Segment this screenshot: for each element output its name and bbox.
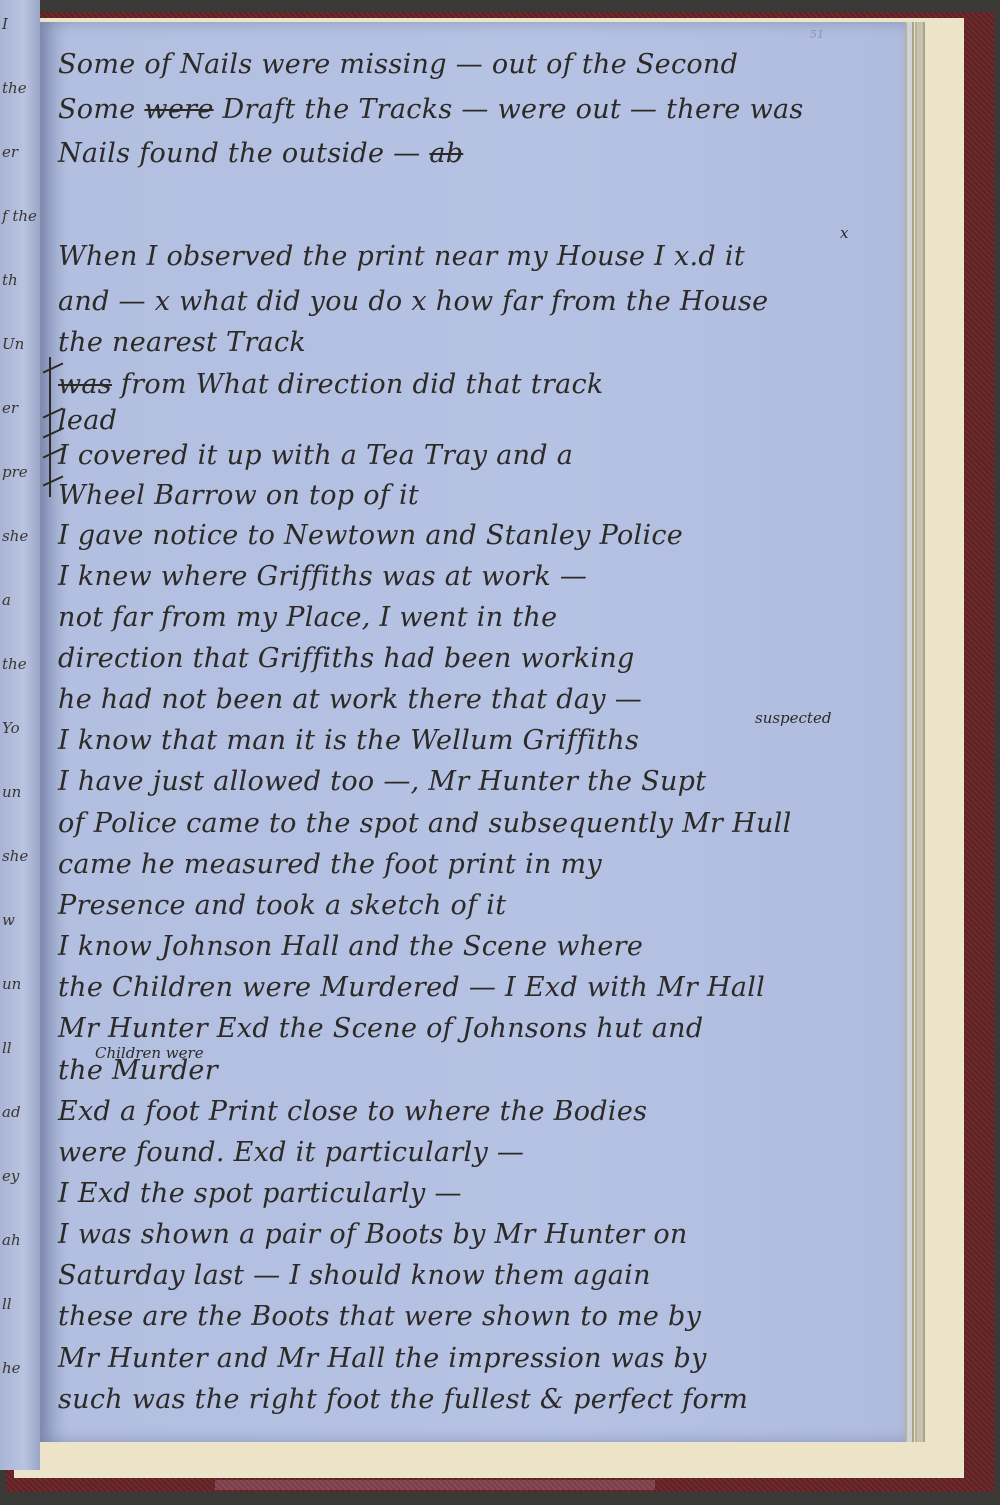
handwritten-line: I knew where Griffiths was at work — xyxy=(58,561,587,592)
line-text: these are the Boots that were shown to m… xyxy=(58,1301,701,1332)
line-text: Some xyxy=(58,94,144,125)
interlinear-insertion: suspected xyxy=(755,709,831,727)
line-text: I know Johnson Hall and the Scene where xyxy=(58,931,643,962)
left-page-fragment: she xyxy=(2,527,28,545)
line-text: such was the right foot the fullest & pe… xyxy=(58,1384,748,1415)
line-text: I was shown a pair of Boots by Mr Hunter… xyxy=(58,1219,688,1250)
line-text: I Exd the spot particularly — xyxy=(58,1178,462,1209)
line-text: came he measured the foot print in my xyxy=(58,849,602,880)
handwritten-line: Mr Hunter and Mr Hall the impression was… xyxy=(58,1343,707,1374)
left-page-fragment: Un xyxy=(2,335,24,353)
line-text: I knew where Griffiths was at work — xyxy=(58,561,587,592)
left-page-fragment: f the xyxy=(2,207,37,225)
line-text: were found. Exd it particularly — xyxy=(58,1137,524,1168)
line-text: When I observed the print near my House … xyxy=(58,241,745,272)
line-text: not far from my Place, I went in the xyxy=(58,602,557,633)
cover-bottom-band xyxy=(215,1480,655,1490)
line-text: I know that man it is the Wellum Griffit… xyxy=(58,725,639,756)
handwritten-line: I covered it up with a Tea Tray and a xyxy=(58,440,573,471)
left-page-fragment: er xyxy=(2,143,18,161)
left-page-fragment: ey xyxy=(2,1167,19,1185)
line-text: Presence and took a sketch of it xyxy=(58,890,506,921)
left-page-fragment: ll xyxy=(2,1039,12,1057)
line-text: I gave notice to Newtown and Stanley Pol… xyxy=(58,520,683,551)
handwritten-line: I know that man it is the Wellum Griffit… xyxy=(58,725,639,756)
line-text: from What direction did that track xyxy=(112,369,604,400)
left-page-fragment: th xyxy=(2,271,18,289)
left-page-edge: Itheerf thethUnerpresheatheYounshewunlla… xyxy=(0,0,40,1470)
interlinear-insertion: x xyxy=(840,224,848,242)
struck-text: ab xyxy=(429,138,463,169)
line-text: I have just allowed too —, Mr Hunter the… xyxy=(58,766,706,797)
left-page-fragment: un xyxy=(2,783,21,801)
line-text: Exd a foot Print close to where the Bodi… xyxy=(58,1096,647,1127)
handwritten-line: Mr Hunter Exd the Scene of Johnsons hut … xyxy=(58,1013,703,1044)
left-page-fragment: ah xyxy=(2,1231,21,1249)
page-stack-edge xyxy=(915,22,925,1442)
handwritten-line: I gave notice to Newtown and Stanley Pol… xyxy=(58,520,683,551)
handwritten-line: Nails found the outside — ab xyxy=(58,138,463,169)
handwritten-line: were found. Exd it particularly — xyxy=(58,1137,524,1168)
handwritten-line: Saturday last — I should know them again xyxy=(58,1260,651,1291)
line-text: Some of Nails were missing — out of the … xyxy=(58,49,738,80)
handwritten-line: Some of Nails were missing — out of the … xyxy=(58,49,738,80)
line-text: Mr Hunter and Mr Hall the impression was… xyxy=(58,1343,707,1374)
handwritten-line: such was the right foot the fullest & pe… xyxy=(58,1384,748,1415)
line-text: direction that Griffiths had been workin… xyxy=(58,643,635,674)
left-page-fragment: pre xyxy=(2,463,28,481)
handwritten-line: he had not been at work there that day — xyxy=(58,684,642,715)
line-text: the nearest Track xyxy=(58,327,306,358)
left-page-fragment: I xyxy=(2,15,8,33)
struck-text: was xyxy=(58,369,112,400)
interlinear-insertion: Children were xyxy=(95,1044,204,1062)
line-text: Nails found the outside — xyxy=(58,138,429,169)
handwritten-line: I was shown a pair of Boots by Mr Hunter… xyxy=(58,1219,688,1250)
left-page-fragment: w xyxy=(2,911,15,929)
line-text: Mr Hunter Exd the Scene of Johnsons hut … xyxy=(58,1013,703,1044)
handwritten-line: the nearest Track xyxy=(58,327,306,358)
handwritten-line: I know Johnson Hall and the Scene where xyxy=(58,931,643,962)
left-page-fragment: Yo xyxy=(2,719,20,737)
handwritten-line: of Police came to the spot and subsequen… xyxy=(58,808,792,839)
left-page-fragment: ll xyxy=(2,1295,12,1313)
handwritten-line: and — x what did you do x how far from t… xyxy=(58,286,768,317)
left-page-fragment: she xyxy=(2,847,28,865)
handwritten-line: I Exd the spot particularly — xyxy=(58,1178,462,1209)
line-text: Draft the Tracks — were out — there was xyxy=(214,94,804,125)
page-stack-edge xyxy=(905,22,914,1442)
left-page-fragment: er xyxy=(2,399,18,417)
handwritten-line: Wheel Barrow on top of it xyxy=(58,480,419,511)
handwritten-line: Some were Draft the Tracks — were out — … xyxy=(58,94,804,125)
line-text: Wheel Barrow on top of it xyxy=(58,480,419,511)
handwritten-line: these are the Boots that were shown to m… xyxy=(58,1301,701,1332)
handwritten-line: When I observed the print near my House … xyxy=(58,241,745,272)
manuscript-page: 51 Some of Nails were missing — out of t… xyxy=(40,22,905,1442)
handwritten-line: was from What direction did that track xyxy=(58,369,604,400)
left-page-fragment: he xyxy=(2,1359,21,1377)
left-page-fragment: the xyxy=(2,79,27,97)
handwritten-line: Exd a foot Print close to where the Bodi… xyxy=(58,1096,647,1127)
left-page-fragment: a xyxy=(2,591,11,609)
handwritten-line: I have just allowed too —, Mr Hunter the… xyxy=(58,766,706,797)
struck-text: were xyxy=(144,94,213,125)
left-page-fragment: the xyxy=(2,655,27,673)
left-page-fragment: un xyxy=(2,975,21,993)
line-text: the Children were Murdered — I Exd with … xyxy=(58,972,765,1003)
line-text: of Police came to the spot and subsequen… xyxy=(58,808,792,839)
margin-bracket xyxy=(49,357,51,497)
left-page-fragment: ad xyxy=(2,1103,21,1121)
line-text: I covered it up with a Tea Tray and a xyxy=(58,440,573,471)
handwritten-line: the Children were Murdered — I Exd with … xyxy=(58,972,765,1003)
line-text: and — x what did you do x how far from t… xyxy=(58,286,768,317)
handwritten-line: came he measured the foot print in my xyxy=(58,849,602,880)
page-number: 51 xyxy=(810,28,824,41)
handwritten-line: direction that Griffiths had been workin… xyxy=(58,643,635,674)
handwritten-line: not far from my Place, I went in the xyxy=(58,602,557,633)
line-text: lead xyxy=(58,405,117,436)
line-text: Saturday last — I should know them again xyxy=(58,1260,651,1291)
handwritten-line: lead xyxy=(58,405,117,436)
line-text: he had not been at work there that day — xyxy=(58,684,642,715)
handwritten-line: Presence and took a sketch of it xyxy=(58,890,506,921)
